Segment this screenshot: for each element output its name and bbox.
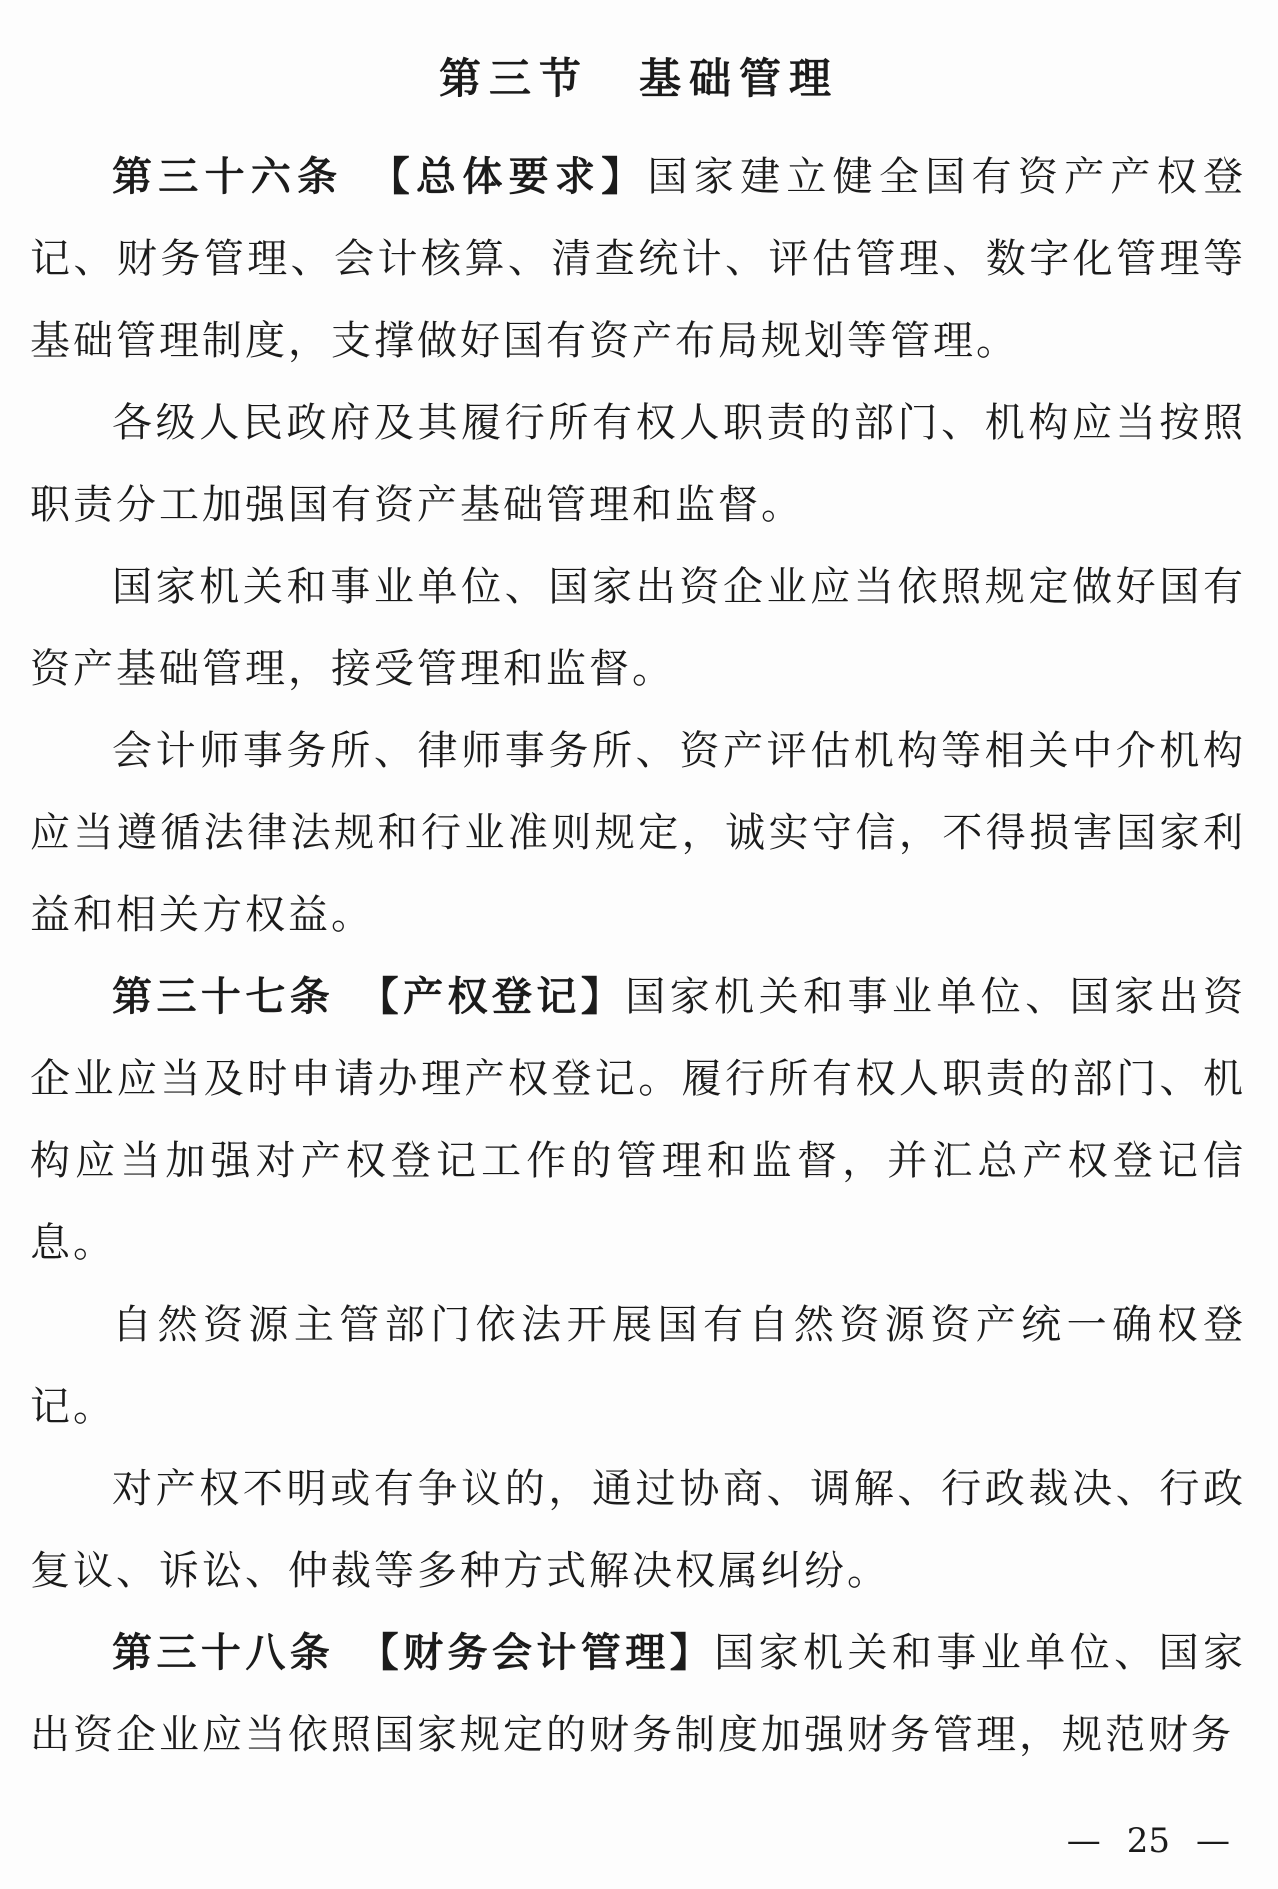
document-body: 第三十六条 【总体要求】国家建立健全国有资产产权登记、财务管理、会计核算、清查统…: [0, 106, 1278, 1776]
article-36-clause-2-text: 各级人民政府及其履行所有权人职责的部门、机构应当按照职责分工加强国有资产基础管理…: [30, 400, 1246, 528]
page-footer: — 25 —: [1067, 1821, 1230, 1861]
paragraph-article-37-clause-3: 对产权不明或有争议的，通过协商、调解、行政裁决、行政复议、诉讼、仲裁等多种方式解…: [30, 1448, 1246, 1612]
article-36-clause-4-text: 会计师事务所、律师事务所、资产评估机构等相关中介机构应当遵循法律法规和行业准则规…: [30, 728, 1246, 938]
paragraph-article-36-clause-4: 会计师事务所、律师事务所、资产评估机构等相关中介机构应当遵循法律法规和行业准则规…: [30, 710, 1246, 956]
article-36-heading: 第三十六条 【总体要求】: [112, 153, 648, 200]
paragraph-article-36-clause-3: 国家机关和事业单位、国家出资企业应当依照规定做好国有资产基础管理，接受管理和监督…: [30, 546, 1246, 710]
page-number: 25: [1127, 1821, 1170, 1861]
article-36-clause-3-text: 国家机关和事业单位、国家出资企业应当依照规定做好国有资产基础管理，接受管理和监督…: [30, 564, 1246, 692]
article-37-heading: 第三十七条 【产权登记】: [112, 973, 625, 1020]
footer-dash-left: —: [1067, 1821, 1101, 1861]
paragraph-article-36: 第三十六条 【总体要求】国家建立健全国有资产产权登记、财务管理、会计核算、清查统…: [30, 136, 1246, 382]
paragraph-article-37-clause-2: 自然资源主管部门依法开展国有自然资源资产统一确权登记。: [30, 1284, 1246, 1448]
section-title: 第三节 基础管理: [0, 0, 1278, 106]
footer-dash-right: —: [1196, 1821, 1230, 1861]
article-38-heading: 第三十八条 【财务会计管理】: [112, 1629, 714, 1676]
paragraph-article-37: 第三十七条 【产权登记】国家机关和事业单位、国家出资企业应当及时申请办理产权登记…: [30, 956, 1246, 1284]
article-37-clause-2-text: 自然资源主管部门依法开展国有自然资源资产统一确权登记。: [30, 1302, 1246, 1430]
article-37-clause-3-text: 对产权不明或有争议的，通过协商、调解、行政裁决、行政复议、诉讼、仲裁等多种方式解…: [30, 1466, 1246, 1594]
document-page: 第三节 基础管理 第三十六条 【总体要求】国家建立健全国有资产产权登记、财务管理…: [0, 0, 1278, 1889]
paragraph-article-38: 第三十八条 【财务会计管理】国家机关和事业单位、国家出资企业应当依照国家规定的财…: [30, 1612, 1246, 1776]
paragraph-article-36-clause-2: 各级人民政府及其履行所有权人职责的部门、机构应当按照职责分工加强国有资产基础管理…: [30, 382, 1246, 546]
